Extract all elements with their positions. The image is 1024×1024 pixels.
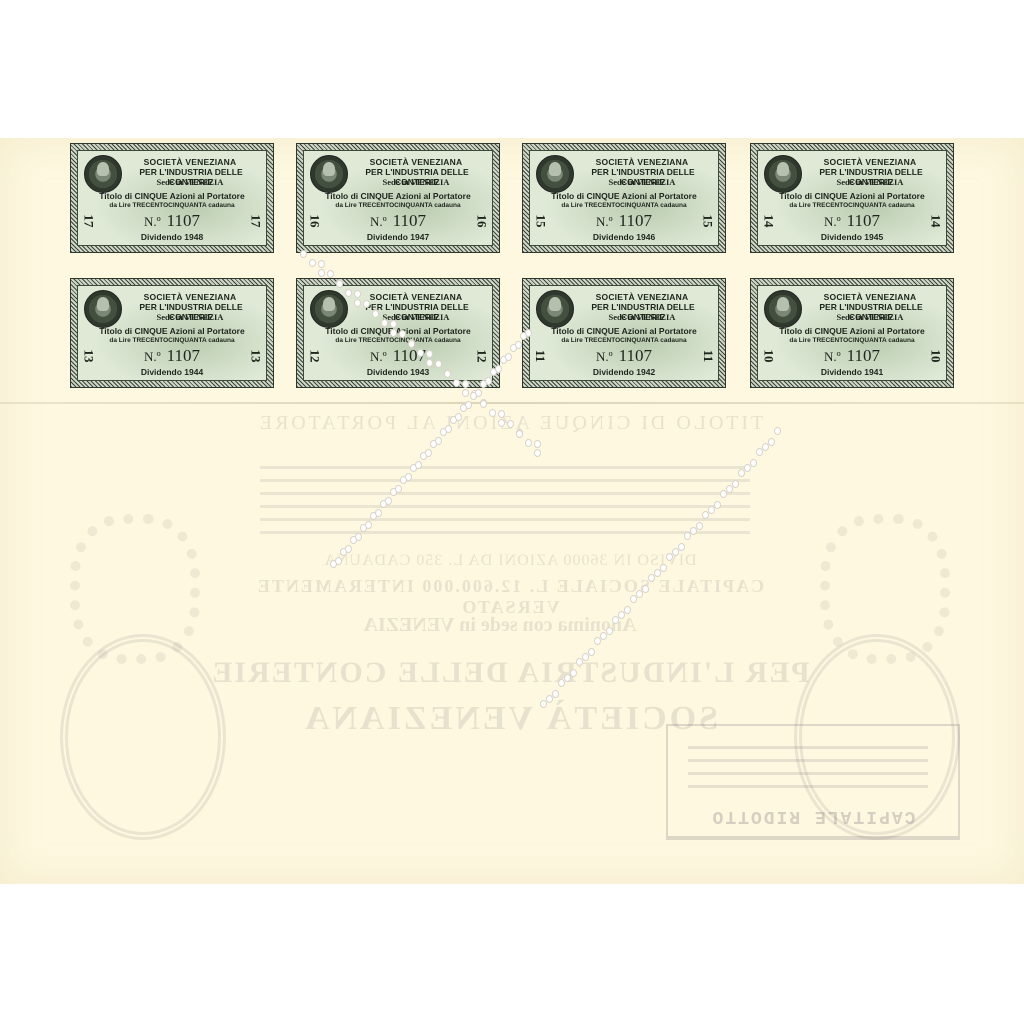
share-value: da Lire TRECENTOCINQUANTA cadauna [82, 337, 262, 344]
perforation-hole [318, 269, 325, 277]
certificate-number: N.º1107 [534, 211, 714, 231]
perforation-hole [425, 449, 432, 457]
coupon-index-right: 14 [928, 215, 944, 228]
dividend-year: Dividendo 1947 [308, 232, 488, 242]
dividend-coupon-15[interactable]: SOCIETÀ VENEZIANA PER L'INDUSTRIA DELLE … [522, 143, 726, 253]
share-title: Titolo di CINQUE Azioni al Portatore [82, 191, 262, 201]
coupon-index-right: 16 [474, 215, 490, 228]
perforation-hole [318, 260, 325, 268]
perforation-hole [355, 533, 362, 541]
dividend-year: Dividendo 1942 [534, 367, 714, 377]
perforation-hole [462, 380, 469, 388]
perforation-hole [375, 509, 382, 517]
lion-of-st-mark-seal-icon [536, 155, 574, 193]
lion-of-st-mark-seal-icon [764, 155, 802, 193]
share-title: Titolo di CINQUE Azioni al Portatore [762, 191, 942, 201]
certificate-number: N.º1107 [308, 346, 488, 366]
perforation-hole [534, 440, 541, 448]
certificate-number: N.º1107 [308, 211, 488, 231]
perforation-hole [445, 425, 452, 433]
dividend-year: Dividendo 1943 [308, 367, 488, 377]
stamp-text: CAPITALE RIDOTTO [668, 796, 958, 838]
company-seat: Sede in VENEZIA [344, 312, 488, 322]
perforation-hole [714, 501, 721, 509]
coupon-index-left: 11 [532, 350, 548, 362]
perforation-hole [395, 485, 402, 493]
perforation-hole [498, 410, 505, 418]
perforation-hole [444, 370, 451, 378]
ghost-seat: Anonima con sede in VENEZIA [290, 614, 710, 637]
perforation-hole [455, 413, 462, 421]
coupon-index-left: 15 [533, 215, 549, 228]
perforation-hole [462, 389, 469, 397]
perforation-hole [335, 557, 342, 565]
company-seat: Sede in VENEZIA [118, 177, 262, 187]
perforation-hole [385, 497, 392, 505]
perforation-hole [327, 270, 334, 278]
perforation-hole [678, 543, 685, 551]
certificate-number: N.º1107 [762, 211, 942, 231]
share-value: da Lire TRECENTOCINQUANTA cadauna [762, 337, 942, 344]
perforation-hole [774, 427, 781, 435]
ghost-text-block [260, 456, 750, 544]
company-seat: Sede in VENEZIA [570, 177, 714, 187]
coupon-index-left: 12 [307, 350, 323, 363]
perforation-hole [624, 606, 631, 614]
coupon-index-left: 17 [81, 215, 97, 228]
perforation-hole [525, 329, 532, 337]
share-title: Titolo di CINQUE Azioni al Portatore [308, 191, 488, 201]
dividend-coupon-13[interactable]: SOCIETÀ VENEZIANA PER L'INDUSTRIA DELLE … [70, 278, 274, 388]
dividend-year: Dividendo 1941 [762, 367, 942, 377]
company-seat: Sede in VENEZIA [570, 312, 714, 322]
coupon-index-right: 15 [700, 215, 716, 228]
perforation-hole [534, 449, 541, 457]
perforation-hole [498, 419, 505, 427]
perforation-hole [345, 545, 352, 553]
coupon-index-right: 11 [700, 350, 716, 362]
ghost-medallion-right [60, 634, 226, 840]
dividend-year: Dividendo 1944 [82, 367, 262, 377]
perforation-hole [300, 250, 307, 258]
coupon-index-right: 10 [928, 350, 944, 363]
dividend-coupon-17[interactable]: SOCIETÀ VENEZIANA PER L'INDUSTRIA DELLE … [70, 143, 274, 253]
perforation-hole [453, 379, 460, 387]
share-value: da Lire TRECENTOCINQUANTA cadauna [762, 202, 942, 209]
perforation-hole [408, 340, 415, 348]
share-value: da Lire TRECENTOCINQUANTA cadauna [82, 202, 262, 209]
company-name-line-1: SOCIETÀ VENEZIANA [344, 157, 488, 167]
capital-reduced-stamp: CAPITALE RIDOTTO [666, 724, 960, 840]
dividend-year: Dividendo 1945 [762, 232, 942, 242]
certificate-number: N.º1107 [762, 346, 942, 366]
coupon-index-right: 12 [474, 350, 490, 363]
perforation-hole [390, 320, 397, 328]
share-value: da Lire TRECENTOCINQUANTA cadauna [534, 337, 714, 344]
ghost-capital-line-2: CAPITALE SOCIALE L. 12.600.000 INTERAMEN… [250, 576, 770, 618]
perforation-hole [465, 401, 472, 409]
perforation-hole [485, 377, 492, 385]
coupon-index-left: 14 [761, 215, 777, 228]
perforation-hole [435, 360, 442, 368]
dividend-coupon-16[interactable]: SOCIETÀ VENEZIANA PER L'INDUSTRIA DELLE … [296, 143, 500, 253]
perforation-hole [381, 319, 388, 327]
share-title: Titolo di CINQUE Azioni al Portatore [82, 326, 262, 336]
share-title: Titolo di CINQUE Azioni al Portatore [308, 326, 488, 336]
perforation-hole [365, 521, 372, 529]
share-value: da Lire TRECENTOCINQUANTA cadauna [534, 202, 714, 209]
perforation-hole [588, 648, 595, 656]
dividend-year: Dividendo 1946 [534, 232, 714, 242]
company-seat: Sede in VENEZIA [798, 177, 942, 187]
coupon-index-left: 16 [307, 215, 323, 228]
coupon-index-right: 17 [248, 215, 264, 228]
dividend-coupon-10[interactable]: SOCIETÀ VENEZIANA PER L'INDUSTRIA DELLE … [750, 278, 954, 388]
coupon-index-left: 10 [761, 350, 777, 363]
lion-of-st-mark-seal-icon [84, 155, 122, 193]
lion-of-st-mark-seal-icon [84, 290, 122, 328]
lion-of-st-mark-seal-icon [310, 290, 348, 328]
company-name-line-1: SOCIETÀ VENEZIANA [118, 292, 262, 302]
perforation-hole [696, 522, 703, 530]
perforation-hole [435, 437, 442, 445]
perforation-hole [426, 359, 433, 367]
perforation-hole [552, 690, 559, 698]
company-seat: Sede in VENEZIA [798, 312, 942, 322]
perforation-hole [363, 300, 370, 308]
company-seat: Sede in VENEZIA [344, 177, 488, 187]
perforation-hole [505, 353, 512, 361]
perforation-hole [399, 330, 406, 338]
perforation-hole [732, 480, 739, 488]
ghost-capital-line-1: DIVISO IN 36000 AZIONI DA L. 350 CADAUNA [310, 552, 710, 570]
perforation-hole [489, 409, 496, 417]
perforation-hole [516, 430, 523, 438]
perforation-hole [495, 365, 502, 373]
perforation-hole [606, 627, 613, 635]
lion-of-st-mark-seal-icon [310, 155, 348, 193]
perforation-hole [372, 310, 379, 318]
dividend-year: Dividendo 1948 [82, 232, 262, 242]
certificate-number: N.º1107 [534, 346, 714, 366]
certificate-number: N.º1107 [82, 346, 262, 366]
company-name-line-1: SOCIETÀ VENEZIANA [570, 292, 714, 302]
share-value: da Lire TRECENTOCINQUANTA cadauna [308, 337, 488, 344]
perforation-hole [390, 329, 397, 337]
dividend-coupon-11[interactable]: SOCIETÀ VENEZIANA PER L'INDUSTRIA DELLE … [522, 278, 726, 388]
perforation-hole [570, 669, 577, 677]
share-value: da Lire TRECENTOCINQUANTA cadauna [308, 202, 488, 209]
company-seat: Sede in VENEZIA [118, 312, 262, 322]
perforation-hole [660, 564, 667, 572]
ghost-title-line-1: PER L'INDUSTRIA DELLE CONTERIE [190, 656, 830, 690]
perforation-hole [750, 459, 757, 467]
perforation-hole [309, 259, 316, 267]
perforation-hole [507, 420, 514, 428]
perforation-hole [768, 438, 775, 446]
perforation-hole [642, 585, 649, 593]
share-title: Titolo di CINQUE Azioni al Portatore [534, 191, 714, 201]
perforation-hole [345, 289, 352, 297]
perforation-hole [336, 280, 343, 288]
perforation-hole [525, 439, 532, 447]
perforation-hole [405, 473, 412, 481]
company-name-line-1: SOCIETÀ VENEZIANA [570, 157, 714, 167]
dividend-coupon-12[interactable]: SOCIETÀ VENEZIANA PER L'INDUSTRIA DELLE … [296, 278, 500, 388]
perforation-hole [415, 461, 422, 469]
perforation-hole [354, 299, 361, 307]
lion-of-st-mark-seal-icon [536, 290, 574, 328]
lion-of-st-mark-seal-icon [764, 290, 802, 328]
company-name-line-1: SOCIETÀ VENEZIANA [798, 157, 942, 167]
share-title: Titolo di CINQUE Azioni al Portatore [534, 326, 714, 336]
perforation-hole [417, 349, 424, 357]
certificate-number: N.º1107 [82, 211, 262, 231]
perforation-hole [515, 341, 522, 349]
perforation-hole [480, 400, 487, 408]
share-title: Titolo di CINQUE Azioni al Portatore [762, 326, 942, 336]
company-name-line-1: SOCIETÀ VENEZIANA [798, 292, 942, 302]
dividend-coupon-14[interactable]: SOCIETÀ VENEZIANA PER L'INDUSTRIA DELLE … [750, 143, 954, 253]
coupon-index-right: 13 [248, 350, 264, 363]
perforation-hole [426, 350, 433, 358]
perforation-hole [475, 389, 482, 397]
company-name-line-1: SOCIETÀ VENEZIANA [118, 157, 262, 167]
perforation-hole [354, 290, 361, 298]
coupon-index-left: 13 [81, 350, 97, 363]
